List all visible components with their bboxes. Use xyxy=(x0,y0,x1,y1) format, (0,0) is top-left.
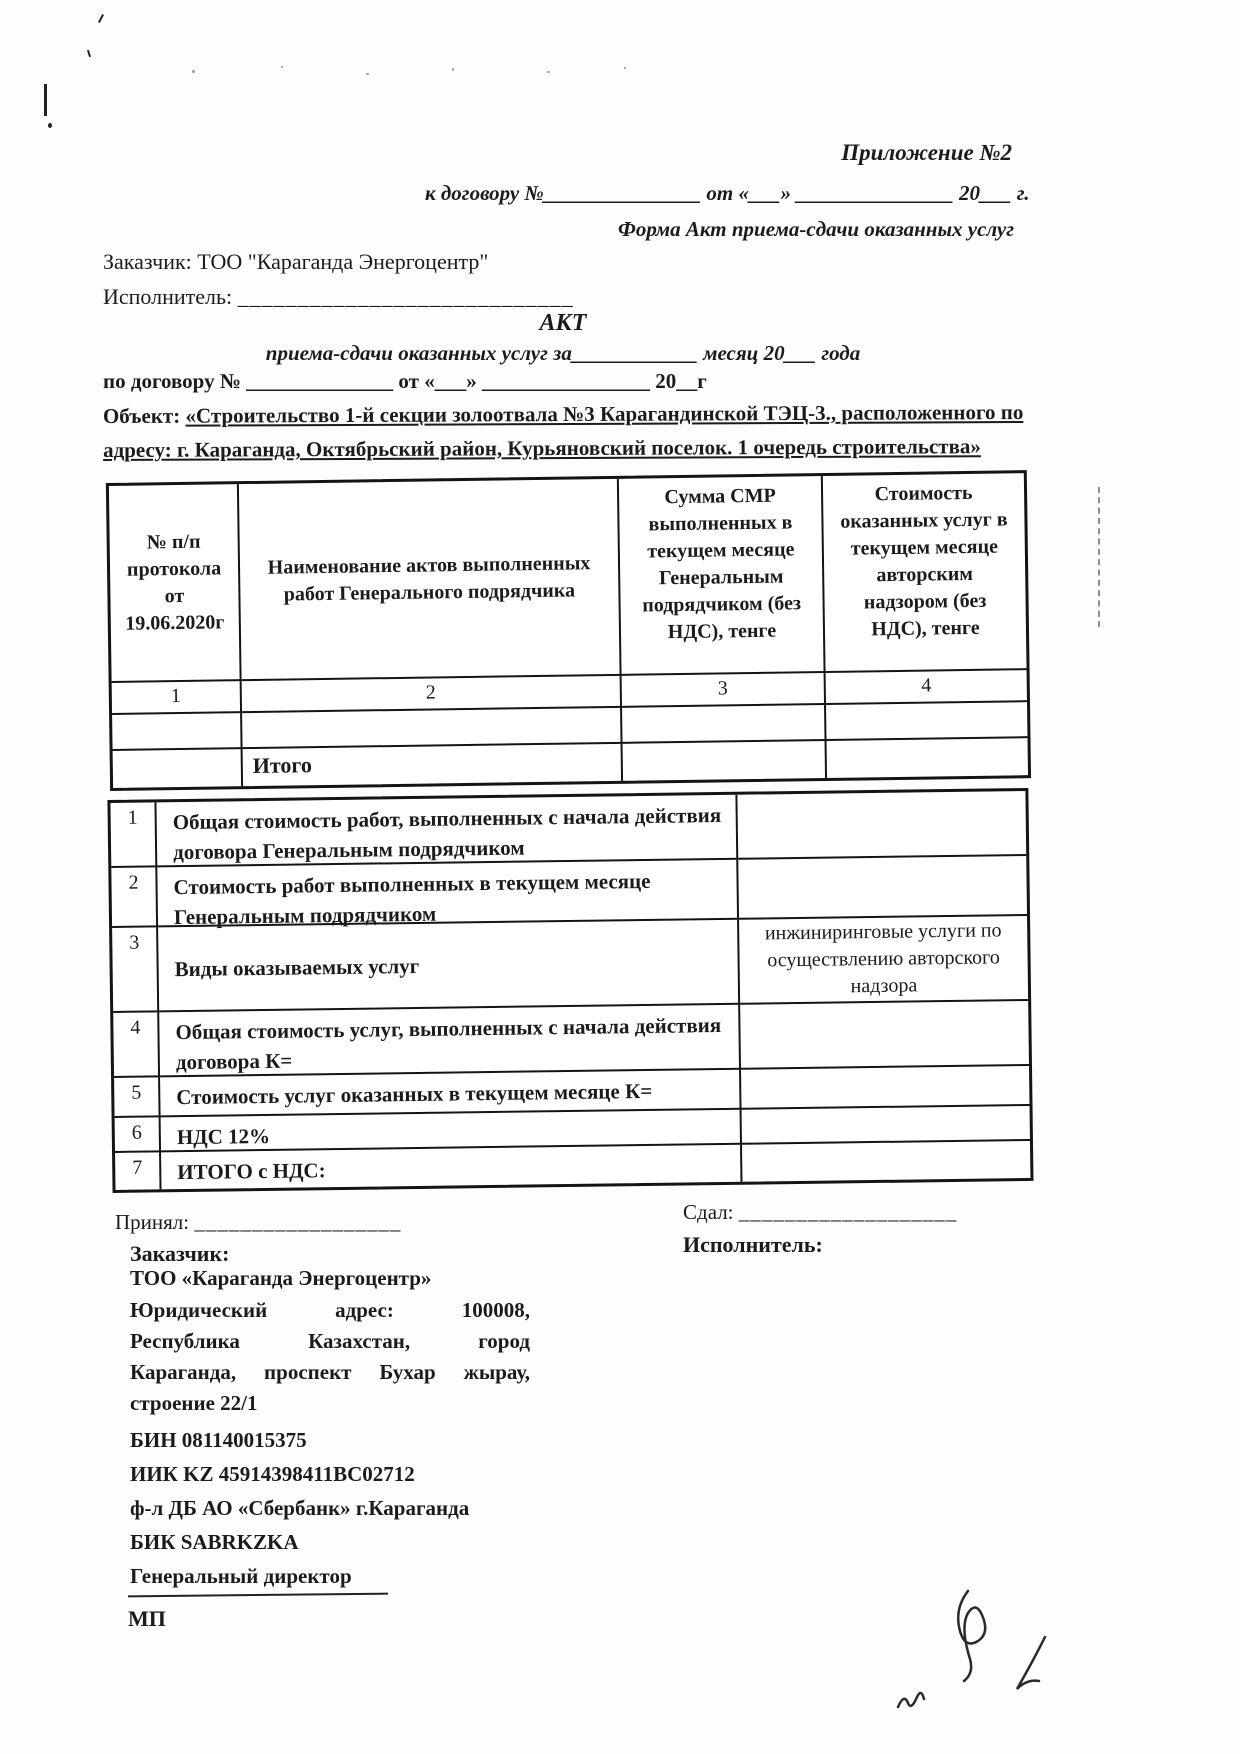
contractor-label: Исполнитель: xyxy=(103,284,238,309)
company-name: ТОО «Караганда Энергоцентр» xyxy=(130,1266,530,1291)
customer-label: Заказчик: xyxy=(103,249,197,274)
form-title: Форма Акт приема-сдачи оказанных услуг xyxy=(618,217,1014,242)
customer-value: ТОО "Караганда Энергоцентр" xyxy=(197,249,488,274)
object-text: «Строительство 1-й секции золоотвала №3 … xyxy=(103,400,1023,462)
company-bank: ф-л ДБ АО «Сбербанк» г.Караганда xyxy=(130,1496,530,1521)
accepted-label: Принял: xyxy=(115,1210,194,1234)
contractor-line: Исполнитель: ___________________________… xyxy=(103,284,574,310)
table1-empty-cell xyxy=(242,708,622,749)
scan-speckle xyxy=(192,70,195,73)
table2-row-label: Общая стоимость работ, выполненных с нач… xyxy=(156,795,738,868)
company-iik: ИИК KZ 45914398411BC02712 xyxy=(130,1462,530,1487)
company-address-line: Республика Казахстан, город xyxy=(130,1326,530,1357)
scan-artifact-dot xyxy=(48,123,52,128)
company-bik: БИК SABRKZKA xyxy=(130,1530,530,1555)
scan-speckle xyxy=(547,71,550,73)
table1-empty-cell xyxy=(112,713,242,751)
table2-row-num: 5 xyxy=(114,1077,161,1118)
table2-row-num: 7 xyxy=(115,1152,161,1190)
table1-colnum-3: 3 xyxy=(622,673,826,708)
table2-row-value xyxy=(738,856,1027,920)
table2-row-label: Виды оказываемых услуг xyxy=(158,920,740,1013)
customer-line: Заказчик: ТОО "Караганда Энергоцентр" xyxy=(103,249,488,275)
table1-header-protocol: № п/п протокола от 19.06.2020г xyxy=(109,484,242,683)
table1-colnum-1: 1 xyxy=(112,681,242,715)
table1-total-smr xyxy=(623,741,827,781)
table2-row-value xyxy=(737,791,1026,860)
table2-row-num: 2 xyxy=(111,867,158,928)
company-address-line: Караганда, проспект Бухар жырау, xyxy=(130,1357,530,1388)
scan-speckle xyxy=(452,68,454,71)
scan-speckle xyxy=(366,73,369,75)
customer-details-block: ТОО «Караганда Энергоцентр» Юридический … xyxy=(130,1266,530,1589)
table1-header-smr-sum: Сумма СМР выполненных в текущем месяце Г… xyxy=(619,476,826,676)
appendix-title: Приложение №2 xyxy=(841,140,1012,166)
table2-row-label: Общая стоимость услуг, выполненных с нач… xyxy=(159,1005,741,1078)
act-title: АКТ xyxy=(103,310,1023,337)
table2-row-num: 4 xyxy=(113,1012,160,1078)
table1-empty-cell xyxy=(113,749,244,788)
contractor-blank-line: ____________________________ xyxy=(238,284,574,309)
table2-row-value xyxy=(742,1106,1030,1145)
contractor-heading: Исполнитель: xyxy=(683,1232,823,1258)
director-title: Генеральный директор xyxy=(130,1564,530,1589)
table1-header-acts: Наименование актов выполненных работ Ген… xyxy=(239,479,622,681)
table1-header-services-cost: Стоимость оказанных услуг в текущем меся… xyxy=(823,473,1027,673)
stamp-place-label: МП xyxy=(128,1606,166,1632)
to-contract-line: к договору №_______________ от «___» ___… xyxy=(425,181,1030,206)
scan-artifact-tick xyxy=(87,50,91,57)
table2-row-num: 1 xyxy=(110,802,157,868)
scan-speckle xyxy=(624,67,626,69)
table1-empty-cell xyxy=(826,702,1027,741)
table2-row-label: ИТОГО с НДС: xyxy=(161,1145,742,1190)
table1-colnum-2: 2 xyxy=(242,676,622,713)
scan-artifact-tick xyxy=(98,14,104,23)
handed-blank-line: ___________________ xyxy=(739,1200,958,1224)
handed-label: Сдал: xyxy=(683,1200,739,1224)
table1-colnum-4: 4 xyxy=(826,670,1027,705)
company-address-line: Юридический адрес: 100008, xyxy=(130,1295,530,1326)
table2-row-num: 6 xyxy=(115,1117,161,1153)
act-subtitle: приема-сдачи оказанных услуг за_________… xyxy=(103,341,1023,366)
scan-artifact-bar xyxy=(44,84,47,116)
object-label: Объект: xyxy=(103,404,186,428)
scan-artifact-dashed-line xyxy=(1098,487,1100,627)
company-bin: БИН 081140015375 xyxy=(130,1428,530,1453)
cost-summary-table: 1 Общая стоимость работ, выполненных с н… xyxy=(107,788,1033,1193)
table2-row-value xyxy=(740,1001,1029,1070)
table1-total-services xyxy=(827,738,1028,778)
table2-row-num: 3 xyxy=(112,927,159,1013)
customer-heading: Заказчик: xyxy=(130,1241,229,1267)
signature-line xyxy=(128,1593,388,1598)
handwritten-signature-marks xyxy=(860,1555,1090,1745)
scanned-act-document: Приложение №2 к договору №______________… xyxy=(0,0,1240,1754)
object-block: Объект: «Строительство 1-й секции золоот… xyxy=(103,395,1035,467)
table1-total-label: Итого xyxy=(243,744,623,786)
table2-row-value xyxy=(741,1066,1029,1110)
handed-line: Сдал: ___________________ xyxy=(683,1200,957,1225)
works-summary-table: № п/п протокола от 19.06.2020г Наименова… xyxy=(106,470,1031,791)
table2-row-value xyxy=(742,1141,1030,1182)
table1-empty-cell xyxy=(622,705,826,744)
accepted-line: Принял: __________________ xyxy=(115,1210,401,1235)
scan-speckle xyxy=(281,66,283,68)
table2-row-label: Стоимость работ выполненных в текущем ме… xyxy=(157,860,739,928)
accepted-blank-line: __________________ xyxy=(194,1210,401,1234)
act-contract-line: по договору № ______________ от «___» __… xyxy=(103,369,707,394)
company-address-line: строение 22/1 xyxy=(130,1388,530,1419)
table2-row-value: инжиниринговые услуги по осуществлению а… xyxy=(739,916,1028,1005)
